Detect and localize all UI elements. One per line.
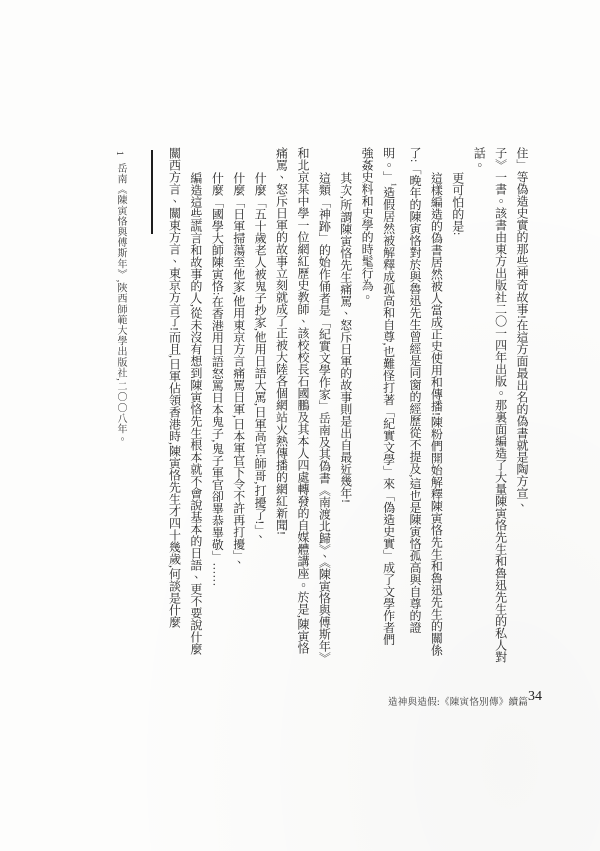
running-title: 造神與造假:《陳寅恪別傳》續篇	[388, 694, 528, 708]
text-column: 編造這些謊言和故事的人,從未沒有想到陳寅恪先生根本就不會說基本的日語、更不要說什…	[185, 147, 206, 663]
text-column: 話。	[468, 147, 489, 663]
body-text-block: 住」等偽造史實的那些神奇故事!在這方面最出名的偽書就是陶方宣、子》一書。該書由東…	[164, 147, 532, 663]
scanned-book-page: { "document": { "language": "zh-Hant", "…	[0, 0, 600, 851]
page-number: 34	[528, 689, 542, 705]
footnote-marker: 1	[113, 151, 127, 156]
text-column: 更可怕的是:	[446, 147, 467, 663]
text-column: 明。」1造假居然被解釋成孤高和自尊,也難怪打著「紀實文學」來「偽造史實」成了文學…	[377, 147, 403, 663]
text-column: 關西方言、關東方言、東京方言了!而且,日軍佔領香港時,陳寅恪先生才四十幾歲,何談…	[163, 147, 184, 663]
text-column: 和北京某中學一位網紅歷史教師、該校校長石國鵬及其本人四處轉發的自媒體講座。於是,…	[292, 147, 313, 663]
text-column: 其次,所謂陳寅恪先生痛罵、怒斥日軍的故事則是出自最近幾年!	[334, 147, 355, 663]
text-column: 住」等偽造史實的那些神奇故事!在這方面最出名的偽書就是陶方宣、	[511, 147, 532, 663]
text-column: 了:「晚年的陳寅恪對於與魯迅先生曾經是同窗的經歷從不提及,這也是陳寅恪孤高與自尊…	[404, 147, 425, 663]
footnote-ref: 1	[390, 183, 398, 187]
text-column: 什麼「五十歲老人被鬼子抄家,他用日語大罵,日軍高官:師哥,打擾了!」、	[249, 147, 270, 663]
text-column: 子》一書。該書由東方出版社二〇一四年出版。那裏面編造了大量陳寅恪先生和魯迅先生的…	[489, 147, 510, 663]
text-column: 痛罵、怒斥日軍的故事立刻就成了正被大陸各個網站火熱傳播的網紅新聞!	[270, 147, 291, 663]
text-column: 這類「神跡」的始作俑者是「紀實文學作家」岳南及其偽書《南渡北歸》、《陳寅恪與傅斯…	[313, 147, 334, 663]
text-column: 什麼「日軍掃蕩至他家,他用東京方言痛罵日軍,日本軍官下令不許再打擾」、	[227, 147, 248, 663]
footnote-rule	[151, 150, 153, 234]
text-column: 什麼「國學大師陳寅恪:在香港用日語怒罵日本鬼子,鬼子軍官卻畢恭畢敬」……	[206, 147, 227, 663]
footnote-text: 岳南《陳寅恪與傅斯年》,陝西師範大學出版社,二〇〇八年。	[115, 163, 126, 445]
text-column: 強姦史料和史學的時髦行為。	[356, 147, 377, 663]
footnote: 1岳南《陳寅恪與傅斯年》,陝西師範大學出版社,二〇〇八年。	[113, 151, 127, 491]
text-column: 這樣編造的偽書居然被人當成正史使用和傳播!陳粉們開始解釋陳寅恪先生和魯迅先生的關…	[425, 147, 446, 663]
